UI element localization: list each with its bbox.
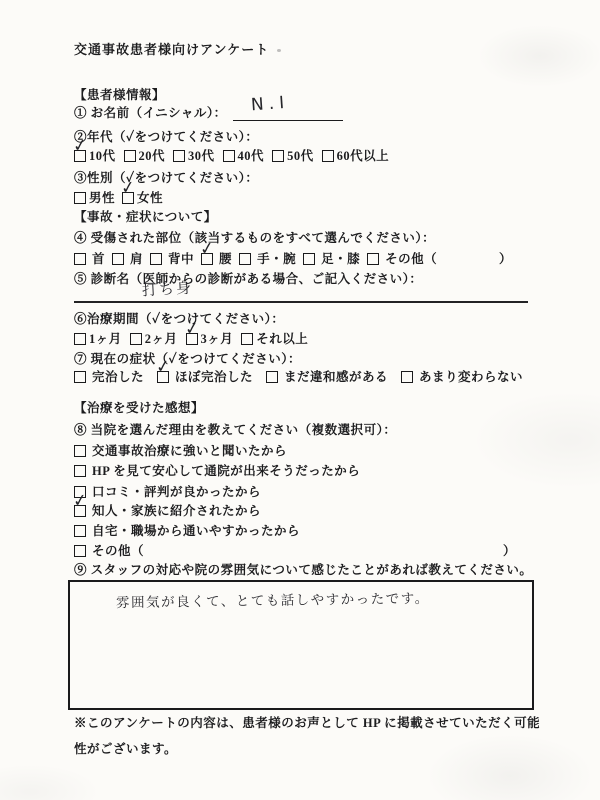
checkbox-option-lower-back: ✓腰 bbox=[201, 251, 232, 267]
checkbox-option-fully-recovered: 完治した bbox=[74, 369, 144, 385]
q6-options-row: 1ヶ月 2ヶ月 ✓3ヶ月 それ以上 bbox=[74, 331, 308, 347]
checkbox-option-shoulder: 肩 bbox=[112, 251, 143, 267]
checkbox-option-leg-knee: 足・膝 bbox=[303, 251, 360, 267]
checkbox-icon bbox=[74, 545, 86, 557]
checkbox-option-age-60s-plus: 60代以上 bbox=[322, 148, 390, 164]
checkbox-icon bbox=[303, 253, 315, 265]
q2-label: ②年代（✓をつけてください）： bbox=[74, 129, 258, 145]
checkbox-option-neck: 首 bbox=[74, 251, 105, 267]
q9-comment-box: 雰囲気が良くて、とても話しやすかったです。 bbox=[68, 580, 534, 710]
checkbox-icon bbox=[223, 150, 235, 162]
q1-label: ① お名前（イニシャル）： bbox=[74, 106, 227, 120]
checkbox-label: 40代 bbox=[238, 148, 265, 164]
page-title: 交通事故患者様向けアンケート bbox=[74, 42, 269, 58]
checkbox-icon bbox=[322, 150, 334, 162]
checkbox-option-back: 背中 bbox=[150, 251, 194, 267]
checkbox-icon bbox=[74, 192, 86, 204]
checkmark-icon: ✓ bbox=[199, 240, 216, 259]
scanned-survey-page: 交通事故患者様向けアンケート 【患者様情報】 ① お名前（イニシャル）：N.I … bbox=[0, 0, 600, 800]
q9-handwritten-comment: 雰囲気が良くて、とても話しやすかったです。 bbox=[116, 587, 430, 611]
checkbox-option-other-part: その他（ bbox=[367, 251, 437, 267]
q8-option-row-5: 自宅・職場から通いやすかったから bbox=[74, 523, 300, 539]
section-heading-patient-info: 【患者様情報】 bbox=[74, 87, 165, 103]
checkbox-label: ほぼ完治した bbox=[175, 369, 253, 385]
checkbox-label: 知人・家族に紹介されたから bbox=[92, 503, 261, 519]
checkbox-label: 50代 bbox=[287, 148, 314, 164]
checkbox-icon bbox=[239, 253, 251, 265]
checkbox-icon: ✓ bbox=[74, 150, 86, 162]
checkmark-icon: ✓ bbox=[155, 358, 172, 377]
checkbox-label: 男性 bbox=[89, 190, 115, 206]
checkbox-option-convenient-location: 自宅・職場から通いやすかったから bbox=[74, 523, 300, 539]
q2-options-row: ✓10代 20代 30代 40代 50代 60代以上 bbox=[74, 148, 389, 164]
checkbox-label: 完治した bbox=[92, 369, 144, 385]
checkbox-label: あまり変わらない bbox=[419, 369, 523, 385]
q8-option-row-6: その他（ ） bbox=[74, 543, 538, 559]
q4-options-row: 首 肩 背中 ✓腰 手・腕 足・膝 その他（ ） bbox=[74, 251, 538, 267]
q1-handwritten-initials: N.I bbox=[250, 95, 289, 114]
checkbox-option-still-discomfort: まだ違和感がある bbox=[266, 369, 388, 385]
checkbox-label: 女性 bbox=[137, 190, 163, 206]
checkbox-icon: ✓ bbox=[74, 505, 86, 517]
checkmark-icon: ✓ bbox=[120, 179, 137, 198]
checkbox-option-reputation: 口コミ・評判が良かったから bbox=[74, 484, 261, 500]
checkbox-option-website: HP を見て安心して通院が出来そうだったから bbox=[74, 463, 360, 479]
checkbox-icon bbox=[74, 333, 86, 345]
checkbox-label: 背中 bbox=[168, 251, 194, 267]
horizontal-divider bbox=[74, 301, 528, 303]
checkbox-label: 交通事故治療に強いと聞いたから bbox=[92, 443, 287, 459]
checkbox-option-3months: ✓3ヶ月 bbox=[186, 331, 234, 347]
checkbox-label: 手・腕 bbox=[257, 251, 296, 267]
checkbox-option-strong-in-accident-care: 交通事故治療に強いと聞いたから bbox=[74, 443, 287, 459]
checkbox-icon bbox=[241, 333, 253, 345]
checkbox-icon bbox=[112, 253, 124, 265]
q8-label: ⑧ 当院を選んだ理由を教えてください（複数選択可）： bbox=[74, 422, 396, 438]
q8-option-row-3: 口コミ・評判が良かったから bbox=[74, 484, 261, 500]
checkmark-icon: ✓ bbox=[72, 137, 89, 156]
q1-name-line: ① お名前（イニシャル）：N.I bbox=[74, 105, 343, 121]
q6-label: ⑥治療期間（✓をつけてください）： bbox=[74, 311, 284, 327]
checkmark-icon: ✓ bbox=[72, 492, 89, 511]
checkbox-icon bbox=[124, 150, 136, 162]
checkbox-icon bbox=[74, 253, 86, 265]
checkbox-option-age-50s: 50代 bbox=[272, 148, 314, 164]
checkbox-option-no-change: あまり変わらない bbox=[401, 369, 523, 385]
checkbox-option-2months: 2ヶ月 bbox=[130, 331, 178, 347]
checkbox-label: 60代以上 bbox=[337, 148, 390, 164]
checkbox-label: 3ヶ月 bbox=[201, 331, 234, 347]
checkbox-option-age-40s: 40代 bbox=[223, 148, 265, 164]
section-heading-accident: 【事故・症状について】 bbox=[74, 209, 217, 225]
q3-options-row: 男性 ✓女性 bbox=[74, 190, 163, 206]
q1-answer-underline: N.I bbox=[233, 105, 343, 121]
q7-options-row: 完治した ✓ほぼ完治した まだ違和感がある あまり変わらない bbox=[74, 369, 523, 385]
checkbox-option-hand-arm: 手・腕 bbox=[239, 251, 296, 267]
checkbox-icon bbox=[150, 253, 162, 265]
checkbox-option-age-30s: 30代 bbox=[173, 148, 215, 164]
q7-label: ⑦ 現在の症状（✓をつけてください）： bbox=[74, 351, 301, 367]
checkmark-icon: ✓ bbox=[183, 320, 200, 339]
q9-label: ⑨ スタッフの対応や院の雰囲気について感じたことがあれば教えてください。 bbox=[74, 562, 532, 578]
q8-close-paren: ） bbox=[503, 543, 516, 559]
checkbox-option-referral: ✓知人・家族に紹介されたから bbox=[74, 503, 261, 519]
checkbox-option-1month: 1ヶ月 bbox=[74, 331, 122, 347]
q8-option-row-1: 交通事故治療に強いと聞いたから bbox=[74, 443, 287, 459]
q8-option-row-4: ✓知人・家族に紹介されたから bbox=[74, 503, 261, 519]
checkbox-icon bbox=[130, 333, 142, 345]
checkbox-option-female: ✓女性 bbox=[122, 190, 163, 206]
checkbox-option-more: それ以上 bbox=[241, 331, 308, 347]
checkbox-icon bbox=[367, 253, 379, 265]
checkbox-icon bbox=[272, 150, 284, 162]
checkbox-option-male: 男性 bbox=[74, 190, 115, 206]
checkbox-label: 腰 bbox=[219, 251, 232, 267]
checkbox-icon bbox=[401, 371, 413, 383]
checkbox-icon: ✓ bbox=[157, 371, 169, 383]
checkbox-icon bbox=[74, 465, 86, 477]
checkbox-icon bbox=[173, 150, 185, 162]
checkbox-label: 30代 bbox=[188, 148, 215, 164]
section-heading-impressions: 【治療を受けた感想】 bbox=[74, 400, 204, 416]
checkbox-label: 2ヶ月 bbox=[145, 331, 178, 347]
q5-handwritten-answer: 打ち身 bbox=[142, 281, 193, 298]
checkbox-icon bbox=[74, 525, 86, 537]
checkbox-icon bbox=[74, 371, 86, 383]
checkbox-icon: ✓ bbox=[201, 253, 213, 265]
checkbox-label: 1ヶ月 bbox=[89, 331, 122, 347]
q5-label: ⑤ 診断名（医師からの診断がある場合、ご記入ください）： bbox=[74, 271, 422, 287]
checkbox-label: 足・膝 bbox=[321, 251, 360, 267]
checkbox-icon: ✓ bbox=[186, 333, 198, 345]
checkbox-label: それ以上 bbox=[256, 331, 308, 347]
checkbox-label: 自宅・職場から通いやすかったから bbox=[92, 523, 300, 539]
checkbox-icon bbox=[74, 445, 86, 457]
checkbox-option-mostly-recovered: ✓ほぼ完治した bbox=[157, 369, 253, 385]
q3-label: ③性別（✓をつけてください）： bbox=[74, 170, 258, 186]
checkbox-label: HP を見て安心して通院が出来そうだったから bbox=[92, 463, 360, 479]
checkbox-option-age-10s: ✓10代 bbox=[74, 148, 116, 164]
footer-note: ※このアンケートの内容は、患者様のお声として HP に掲載させていただく可能性が… bbox=[74, 710, 548, 762]
checkbox-label: 口コミ・評判が良かったから bbox=[92, 484, 261, 500]
q4-close-paren: ） bbox=[499, 251, 512, 267]
checkbox-label: 首 bbox=[92, 251, 105, 267]
checkbox-option-other-reason: その他（ bbox=[74, 543, 144, 559]
checkbox-icon: ✓ bbox=[122, 192, 134, 204]
checkbox-label: その他（ bbox=[92, 543, 144, 559]
checkbox-option-age-20s: 20代 bbox=[124, 148, 166, 164]
checkbox-label: 10代 bbox=[89, 148, 116, 164]
q8-option-row-2: HP を見て安心して通院が出来そうだったから bbox=[74, 463, 360, 479]
q4-label: ④ 受傷された部位（該当するものをすべて選んでください）： bbox=[74, 230, 435, 246]
checkbox-label: 20代 bbox=[139, 148, 166, 164]
checkbox-label: その他（ bbox=[385, 251, 437, 267]
scan-speck bbox=[277, 49, 281, 52]
checkbox-label: まだ違和感がある bbox=[284, 369, 388, 385]
checkbox-label: 肩 bbox=[130, 251, 143, 267]
checkbox-icon bbox=[266, 371, 278, 383]
